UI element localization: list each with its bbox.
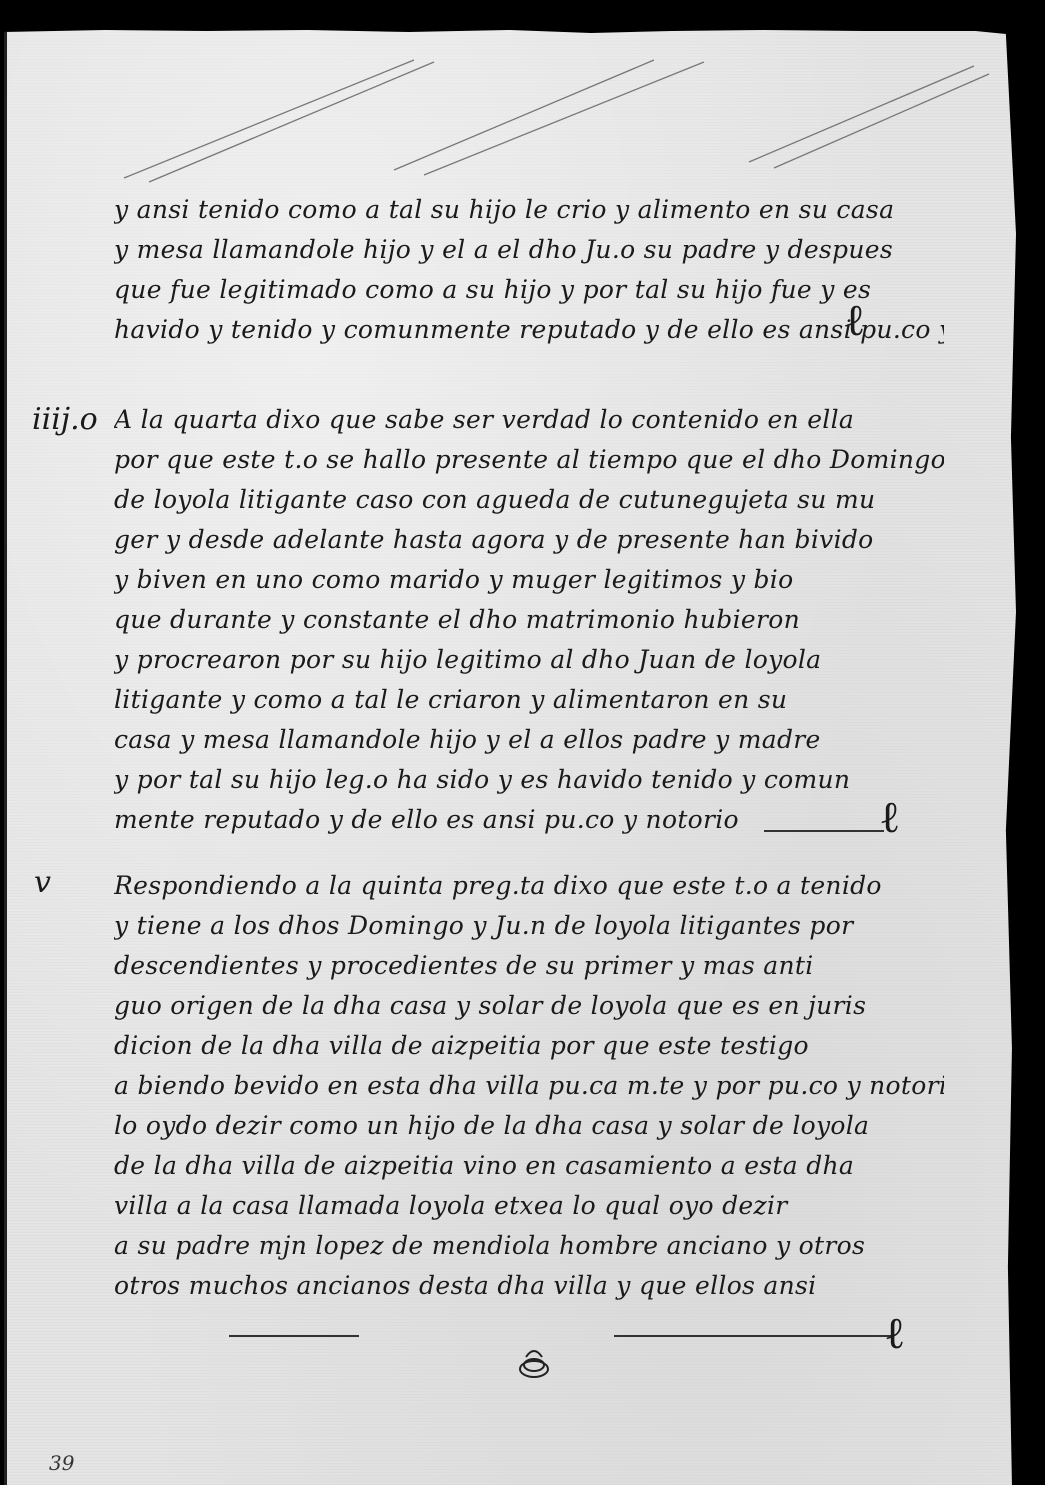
scribe-rubric-mark [514,1343,554,1383]
folio-number: 39 [49,1451,74,1475]
text-line: havido y tenido y comunmente reputado y … [114,310,944,350]
text-line: guo origen de la dha casa y solar de loy… [114,986,944,1026]
text-line: A la quarta dixo que sabe ser verdad lo … [114,400,944,440]
text-line: villa a la casa llamada loyola etxea lo … [114,1186,944,1226]
paragraph-2: A la quarta dixo que sabe ser verdad lo … [114,400,944,840]
text-line: de loyola litigante caso con agueda de c… [114,480,944,520]
text-line: y por tal su hijo leg.o ha sido y es hav… [114,760,944,800]
paragraph-1: y ansi tenido como a tal su hijo le crio… [114,190,944,350]
catchword-flourish: ℓ [884,1308,905,1359]
text-line: que durante y constante el dho matrimoni… [114,600,944,640]
paragraph-end-flourish: ℓ [879,792,900,843]
margin-article-number: iiij.o [32,402,98,437]
text-line: que fue legitimado como a su hijo y por … [114,270,944,310]
text-line: y mesa llamandole hijo y el a el dho Ju.… [114,230,944,270]
text-line: dicion de la dha villa de aizpeitia por … [114,1026,944,1066]
text-line: casa y mesa llamandole hijo y el a ellos… [114,720,944,760]
text-line: y procrearon por su hijo legitimo al dho… [114,640,944,680]
text-line: y ansi tenido como a tal su hijo le crio… [114,190,944,230]
page-binding-edge [4,30,7,1485]
paragraph-3: Respondiendo a la quinta preg.ta dixo qu… [114,866,944,1306]
text-line: a su padre mjn lopez de mendiola hombre … [114,1226,944,1266]
text-line: ger y desde adelante hasta agora y de pr… [114,520,944,560]
text-line: Respondiendo a la quinta preg.ta dixo qu… [114,866,944,906]
text-line: mente reputado y de ello es ansi pu.co y… [114,800,944,840]
paragraph-end-flourish: ℓ [844,295,865,346]
text-line: lo oydo dezir como un hijo de la dha cas… [114,1106,944,1146]
margin-article-number: v [34,865,51,900]
text-line: por que este t.o se hallo presente al ti… [114,440,944,480]
line-filler-stroke [764,830,884,832]
text-line: litigante y como a tal le criaron y alim… [114,680,944,720]
text-line: de la dha villa de aizpeitia vino en cas… [114,1146,944,1186]
line-filler-stroke [229,1335,359,1337]
text-line: y tiene a los dhos Domingo y Ju.n de loy… [114,906,944,946]
line-filler-stroke [614,1335,894,1337]
manuscript-page: y ansi tenido como a tal su hijo le crio… [4,30,1016,1485]
text-line: otros muchos ancianos desta dha villa y … [114,1266,944,1306]
diagonal-pen-strokes [4,30,1016,190]
text-line: descendientes y procedientes de su prime… [114,946,944,986]
text-line: a biendo bevido en esta dha villa pu.ca … [114,1066,944,1106]
text-line: y biven en uno como marido y muger legit… [114,560,944,600]
